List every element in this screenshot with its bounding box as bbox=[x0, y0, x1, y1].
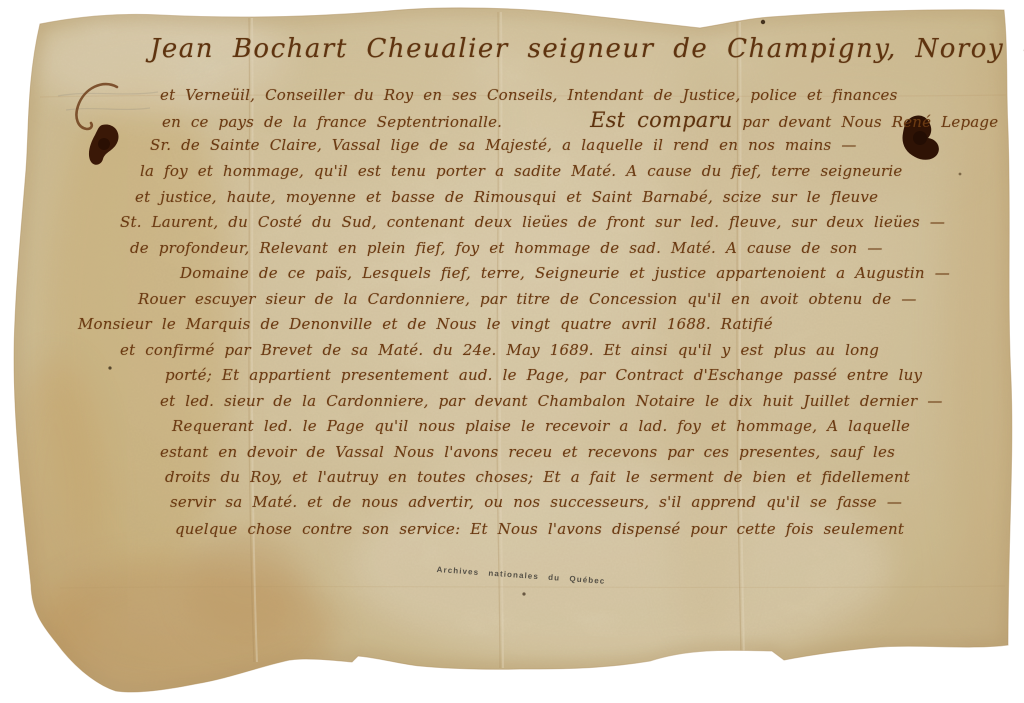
manuscript-line: et justice, haute, moyenne et basse de R… bbox=[135, 188, 878, 206]
manuscript-line: Sr. de Sainte Claire, Vassal lige de sa … bbox=[150, 136, 857, 154]
manuscript-line: St. Laurent, du Costé du Sud, contenant … bbox=[120, 213, 945, 231]
manuscript-text: Jean Bochart Cheualier seigneur de Champ… bbox=[0, 0, 1024, 703]
manuscript-line: estant en devoir de Vassal Nous l'avons … bbox=[160, 443, 895, 461]
manuscript-line: Requerant led. le Page qu'il nous plaise… bbox=[172, 417, 910, 435]
line-segment: en ce pays de la france Septentrionalle. bbox=[162, 113, 502, 131]
manuscript-header-line: Jean Bochart Cheualier seigneur de Champ… bbox=[150, 34, 1024, 64]
manuscript-line: Monsieur le Marquis de Denonville et de … bbox=[78, 315, 773, 333]
line-segment: par devant Nous René Lepage bbox=[742, 113, 998, 131]
manuscript-line: en ce pays de la france Septentrionalle.… bbox=[162, 108, 998, 132]
manuscript-line: Rouer escuyer sieur de la Cardonniere, p… bbox=[138, 290, 917, 308]
scanned-document-page: Jean Bochart Cheualier seigneur de Champ… bbox=[0, 0, 1024, 703]
manuscript-line: Domaine de ce païs, Lesquels fief, terre… bbox=[180, 264, 950, 282]
manuscript-line: et Verneüil, Conseiller du Roy en ses Co… bbox=[160, 86, 898, 104]
manuscript-line: porté; Et appartient presentement aud. l… bbox=[165, 366, 922, 384]
manuscript-line: de profondeur, Relevant en plein fief, f… bbox=[130, 239, 883, 257]
manuscript-line: et led. sieur de la Cardonniere, par dev… bbox=[160, 392, 943, 410]
manuscript-line: quelque chose contre son service: Et Nou… bbox=[175, 520, 904, 538]
manuscript-line: servir sa Maté. et de nous advertir, ou … bbox=[170, 493, 902, 511]
archive-stamp: Archives nationales du Québec bbox=[436, 565, 605, 586]
manuscript-line: la foy et hommage, qu'il est tenu porter… bbox=[140, 162, 903, 180]
manuscript-line: droits du Roy, et l'autruy en toutes cho… bbox=[165, 468, 910, 486]
comparu-emphasis: Est comparu bbox=[590, 108, 732, 132]
manuscript-line: et confirmé par Brevet de sa Maté. du 24… bbox=[120, 341, 879, 359]
